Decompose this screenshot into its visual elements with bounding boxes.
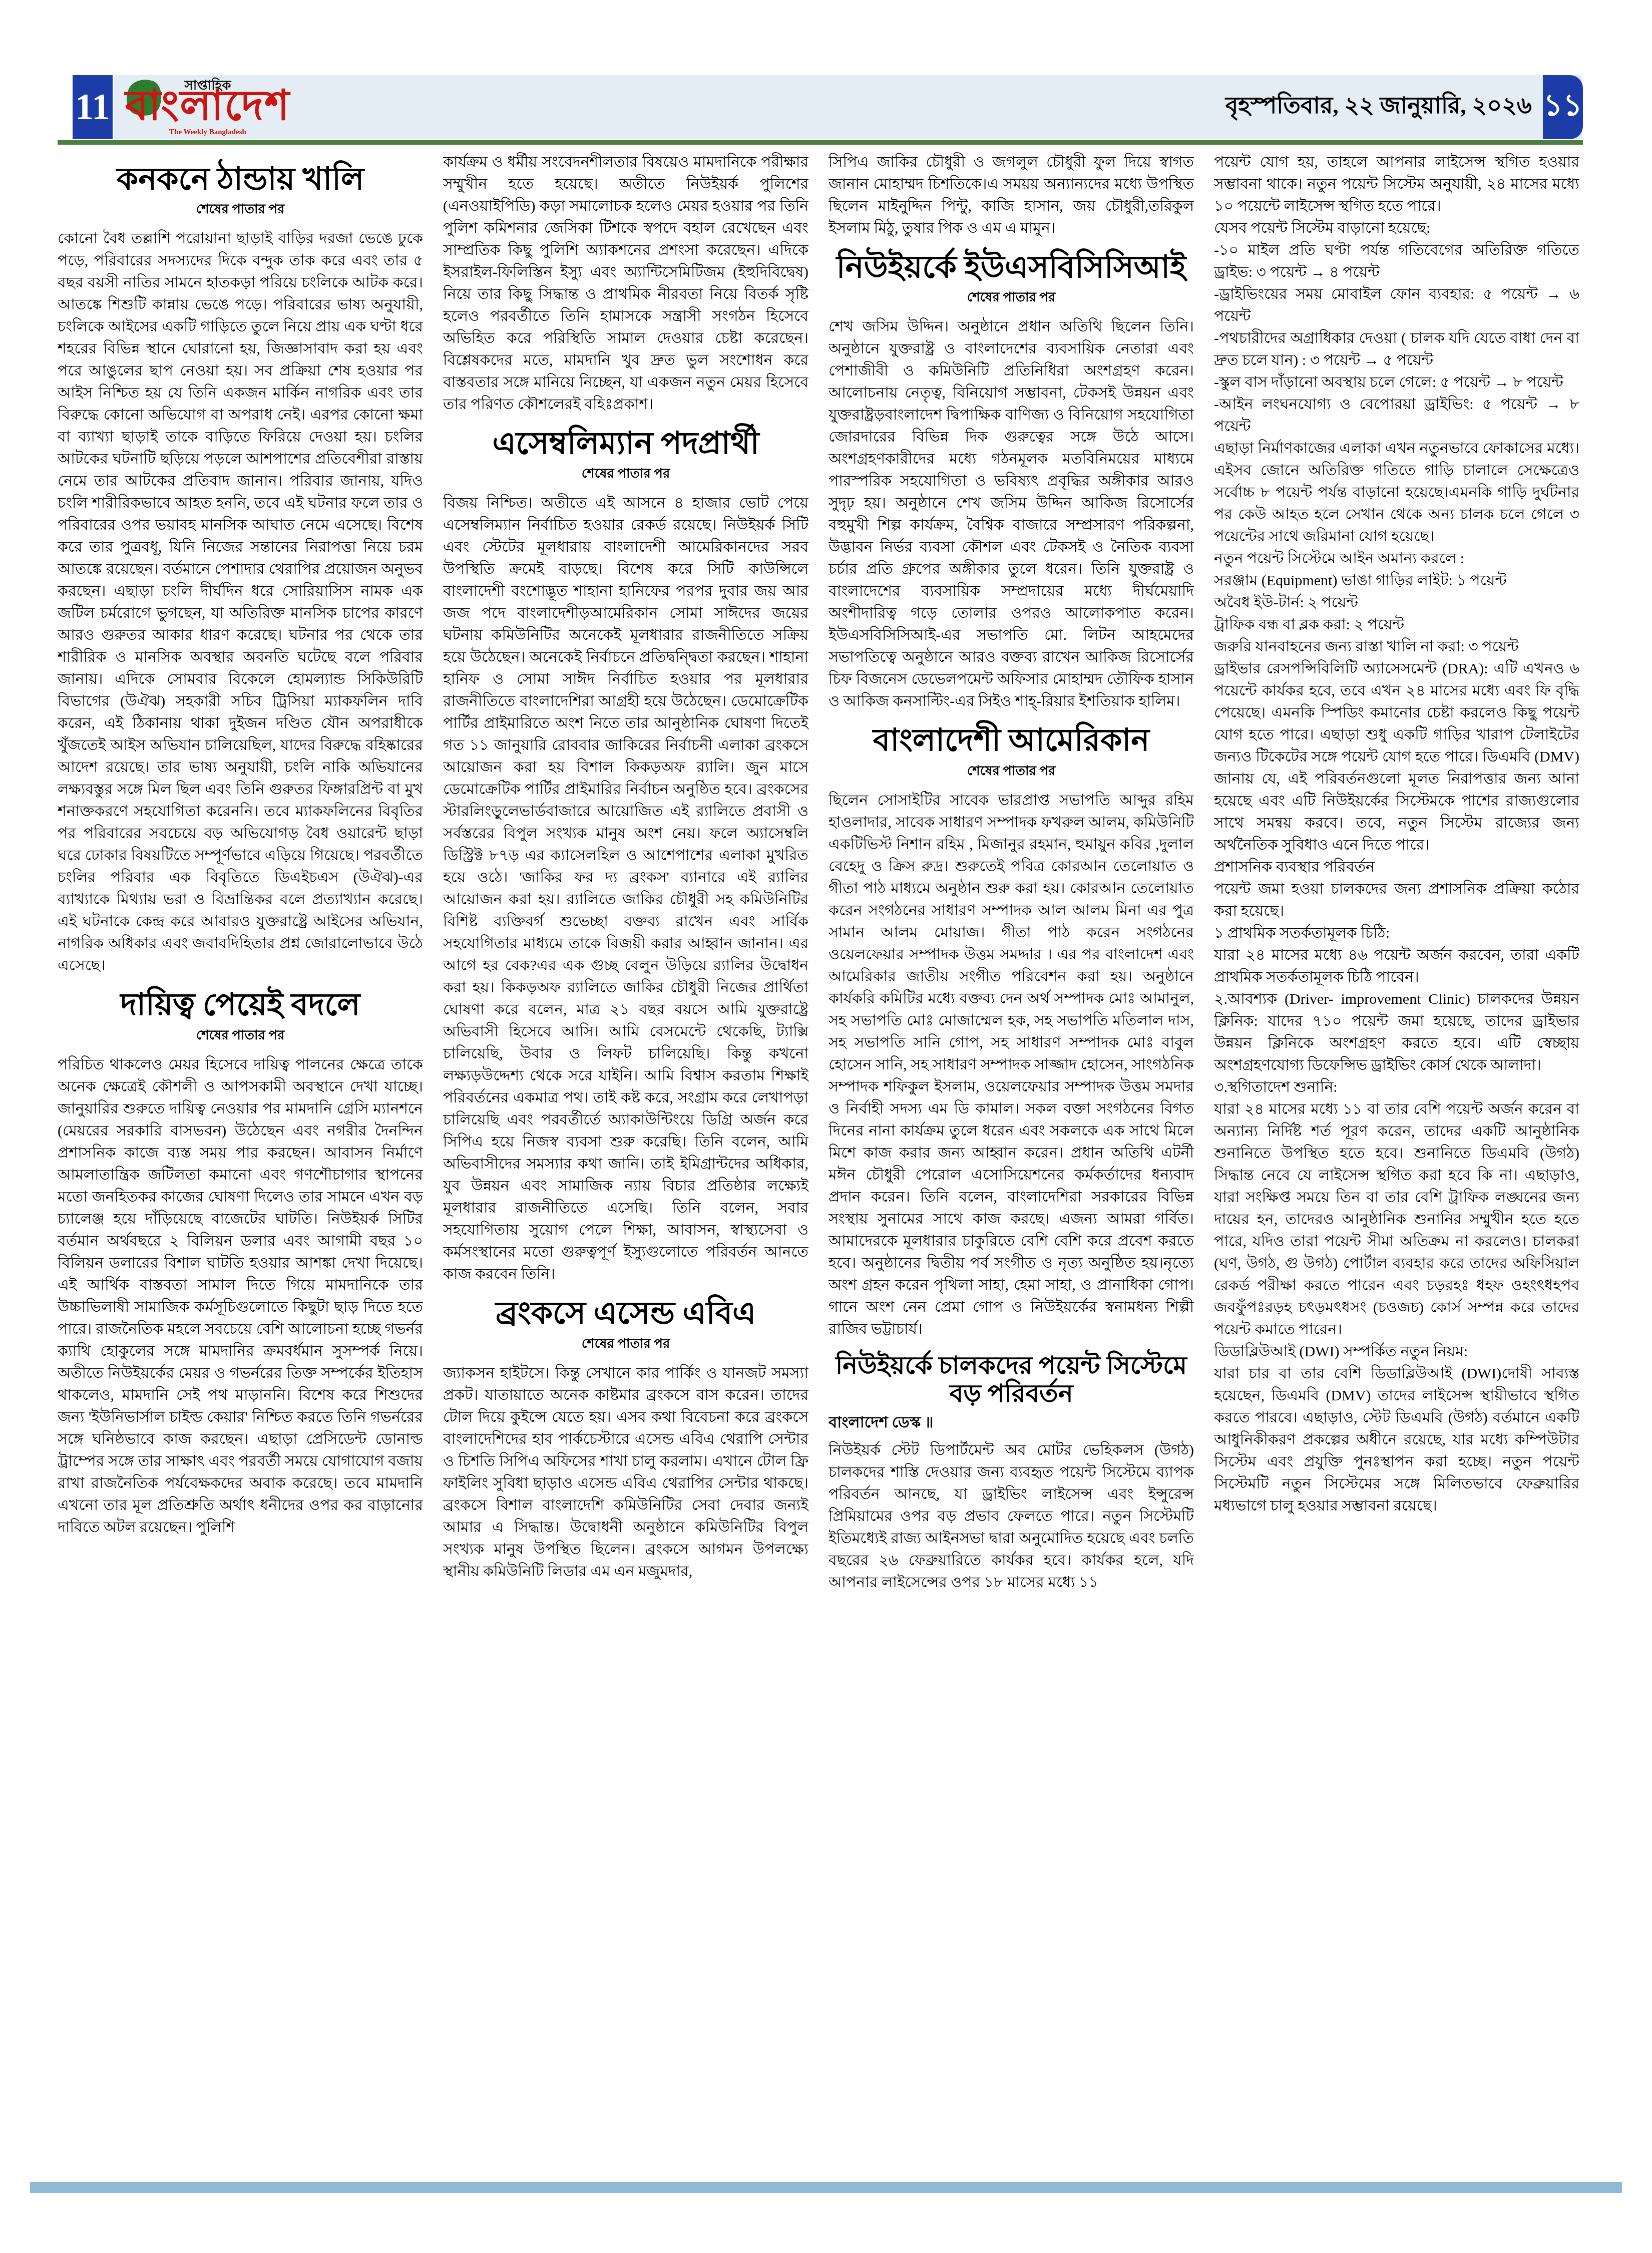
headline-assemblyman-podoprarthi: এসেম্বলিম্যান পদপ্রার্থী <box>443 427 808 461</box>
logo-tagline: সাপ্তাহিক <box>118 75 298 97</box>
headline-dayitto-peyei-bodle: দায়িত্ব পেয়েই বদলে <box>58 988 423 1022</box>
article-body: জ্যাকসন হাইটসে। কিন্তু সেখানে কার পার্কি… <box>443 1362 808 1583</box>
continued-from-last-page: শেষের পাতার পর <box>58 1025 423 1047</box>
byline-bangladesh-desk: বাংলাদেশ ডেস্ক ॥ <box>829 1410 1194 1436</box>
continued-from-last-page: শেষের পাতার পর <box>443 463 808 485</box>
article-body: কার্যক্রম ও ধর্মীয় সংবেদনশীলতার বিষয়েও… <box>443 151 808 416</box>
article-body: পরিচিত থাকলেও মেয়র হিসেবে দায়িত্ব পালন… <box>58 1054 423 1539</box>
column-2: কার্যক্রম ও ধর্মীয় সংবেদনশীলতার বিষয়েও… <box>443 151 808 2176</box>
headline-bangladeshi-american: বাংলাদেশী আমেরিকান <box>829 723 1194 758</box>
headline-point-system-change: নিউইয়র্কে চালকদের পয়েন্ট সিস্টেমে বড় … <box>829 1351 1194 1407</box>
article-body: কোনো বৈধ তল্লাশি পরোয়ানা ছাড়াই বাড়ির … <box>58 228 423 977</box>
continued-from-last-page: শেষের পাতার পর <box>829 287 1194 309</box>
headline-bronx-ascend-aba: ব্রংকসে এসেন্ড এবিএ <box>443 1296 808 1331</box>
headline-konkone-thanday-khali: কনকনে ঠান্ডায় খালি <box>58 162 423 197</box>
article-body: শেখ জসিম উদ্দিন। অনুষ্ঠানে প্রধান অতিথি … <box>829 316 1194 712</box>
article-body: সিপিএ জাকির চৌধুরী ও জগলুল চৌধুরী ফুল দি… <box>829 151 1194 239</box>
column-1: কনকনে ঠান্ডায় খালিশেষের পাতার পরকোনো বৈ… <box>58 151 423 2176</box>
logo-subtitle: The Weekly Bangladesh <box>118 128 298 137</box>
continued-from-last-page: শেষের পাতার পর <box>58 199 423 221</box>
article-body: বিজয় নিশ্চিত। অতীতে এই আসনে ৪ হাজার ভোট… <box>443 492 808 1285</box>
article-body: পয়েন্ট যোগ হয়, তাহলে আপনার লাইসেন্স স্… <box>1214 151 1579 1517</box>
column-3: সিপিএ জাকির চৌধুরী ও জগলুল চৌধুরী ফুল দি… <box>829 151 1194 2176</box>
headline-newyork-usbcci: নিউইয়র্কে ইউএসবিসিসিআই <box>829 250 1194 285</box>
column-4: পয়েন্ট যোগ হয়, তাহলে আপনার লাইসেন্স স্… <box>1214 151 1579 2176</box>
newspaper-logo: সাপ্তাহিক বাংলাদেশ The Weekly Bangladesh <box>118 76 298 139</box>
article-body: ছিলেন সোসাইটির সাবেক ভারপ্রাপ্ত সভাপতি আ… <box>829 790 1194 1340</box>
columns: কনকনে ঠান্ডায় খালিশেষের পাতার পরকোনো বৈ… <box>0 0 1652 2253</box>
article-body: নিউইয়র্ক স্টেট ডিপার্টমেন্ট অব মোটর ভেহ… <box>829 1439 1194 1594</box>
continued-from-last-page: শেষের পাতার পর <box>829 761 1194 783</box>
continued-from-last-page: শেষের পাতার পর <box>443 1333 808 1355</box>
footer-rule <box>30 2182 1622 2193</box>
